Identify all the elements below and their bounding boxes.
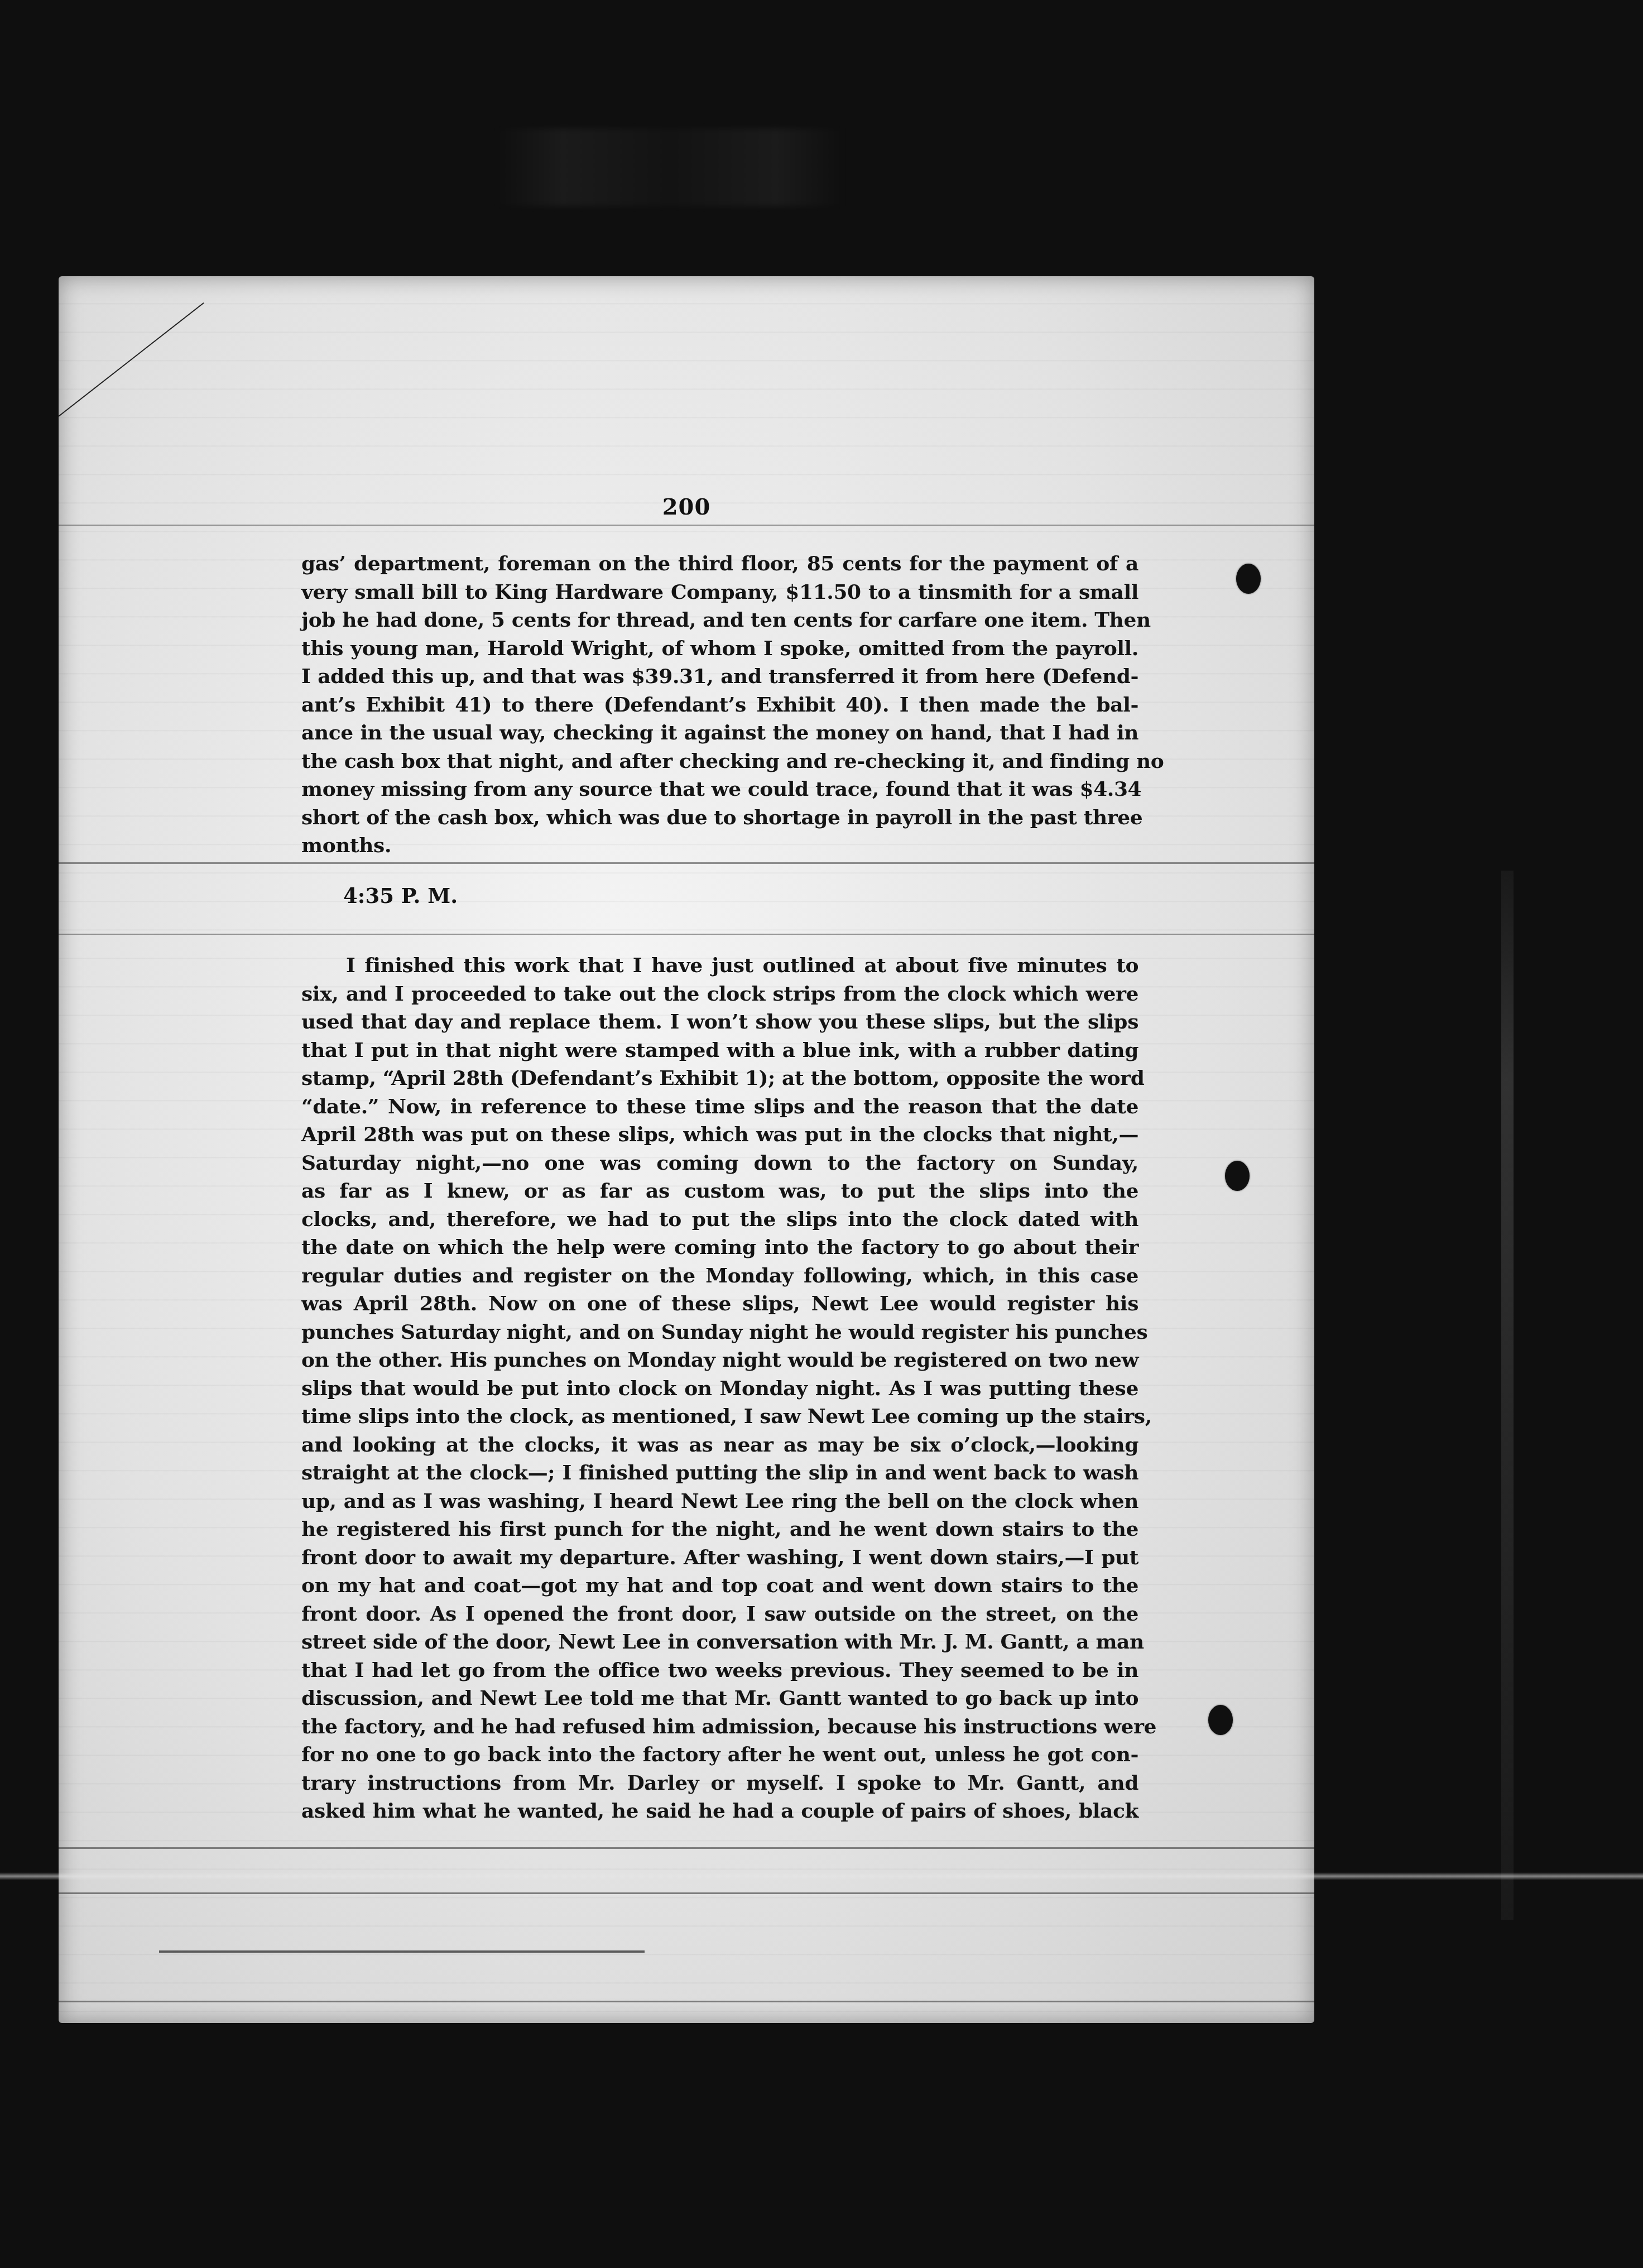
text-line: ance in the usual way, checking it again…	[301, 719, 1138, 747]
text-line: as far as I knew, or as far as custom wa…	[301, 1177, 1138, 1205]
scan-line	[59, 1892, 1314, 1894]
text-line: and looking at the clocks, it was as nea…	[301, 1431, 1138, 1459]
text-line: regular duties and register on the Monda…	[301, 1262, 1138, 1290]
text-line: for no one to go back into the factory a…	[301, 1741, 1138, 1769]
text-line: street side of the door, Newt Lee in con…	[301, 1628, 1138, 1656]
adjacent-film-edge	[1501, 871, 1514, 1920]
scan-line	[59, 1847, 1314, 1849]
text-line: asked him what he wanted, he said he had…	[301, 1797, 1138, 1825]
text-line: months.	[301, 832, 1138, 860]
text-line: that I put in that night were stamped wi…	[301, 1036, 1138, 1065]
scan-glare-line	[0, 1872, 1643, 1880]
page-number: 200	[59, 494, 1314, 520]
punch-hole-top	[1236, 564, 1261, 594]
bleed-through-smudge	[491, 128, 848, 206]
scan-line	[59, 2001, 1314, 2002]
text-line: was April 28th. Now on one of these slip…	[301, 1290, 1138, 1318]
text-line: that I had let go from the office two we…	[301, 1656, 1138, 1685]
text-line: gas’ department, foreman on the third fl…	[301, 550, 1138, 578]
text-line: he registered his first punch for the ni…	[301, 1515, 1138, 1544]
text-line: the date on which the help were coming i…	[301, 1233, 1138, 1262]
text-line: the cash box that night, and after check…	[301, 747, 1138, 776]
paragraph-1: gas’ department, foreman on the third fl…	[301, 550, 1138, 860]
text-line: “date.” Now, in reference to these time …	[301, 1093, 1138, 1121]
text-line: punches Saturday night, and on Sunday ni…	[301, 1318, 1138, 1347]
text-line: front door to await my departure. After …	[301, 1544, 1138, 1572]
punch-hole-middle	[1225, 1161, 1250, 1191]
scan-line	[159, 1950, 645, 1953]
text-line: very small bill to King Hardware Company…	[301, 578, 1138, 607]
text-line: on the other. His punches on Monday nigh…	[301, 1346, 1138, 1375]
text-line: April 28th was put on these slips, which…	[301, 1121, 1138, 1149]
text-line: this young man, Harold Wright, of whom I…	[301, 635, 1138, 663]
time-heading: 4:35 P. M.	[343, 883, 458, 908]
text-line: six, and I proceeded to take out the clo…	[301, 980, 1138, 1008]
text-line: clocks, and, therefore, we had to put th…	[301, 1205, 1138, 1234]
text-line: ant’s Exhibit 41) to there (Defendant’s …	[301, 691, 1138, 719]
text-line: money missing from any source that we co…	[301, 775, 1138, 804]
text-line: discussion, and Newt Lee told me that Mr…	[301, 1684, 1138, 1713]
text-line: straight at the clock—; I finished putti…	[301, 1459, 1138, 1487]
paragraph-2: I finished this work that I have just ou…	[301, 952, 1138, 1825]
text-line: on my hat and coat—got my hat and top co…	[301, 1572, 1138, 1600]
text-line: slips that would be put into clock on Mo…	[301, 1375, 1138, 1403]
diagonal-scratch	[58, 302, 204, 417]
scan-line	[59, 934, 1314, 935]
text-line: stamp, “April 28th (Defendant’s Exhibit …	[301, 1064, 1138, 1093]
text-line: I finished this work that I have just ou…	[301, 952, 1138, 980]
scan-line	[59, 525, 1314, 526]
document-page: 200 gas’ department, foreman on the thir…	[59, 276, 1314, 2023]
punch-hole-bottom	[1208, 1705, 1233, 1735]
scan-line	[59, 862, 1314, 864]
text-line: up, and as I was washing, I heard Newt L…	[301, 1487, 1138, 1516]
text-line: time slips into the clock, as mentioned,…	[301, 1402, 1138, 1431]
text-line: I added this up, and that was $39.31, an…	[301, 662, 1138, 691]
text-line: job he had done, 5 cents for thread, and…	[301, 606, 1138, 635]
text-line: the factory, and he had refused him admi…	[301, 1713, 1138, 1741]
text-line: trary instructions from Mr. Darley or my…	[301, 1769, 1138, 1798]
text-line: front door. As I opened the front door, …	[301, 1600, 1138, 1628]
text-line: short of the cash box, which was due to …	[301, 804, 1138, 832]
text-line: used that day and replace them. I won’t …	[301, 1008, 1138, 1036]
text-line: Saturday night,—no one was coming down t…	[301, 1149, 1138, 1178]
